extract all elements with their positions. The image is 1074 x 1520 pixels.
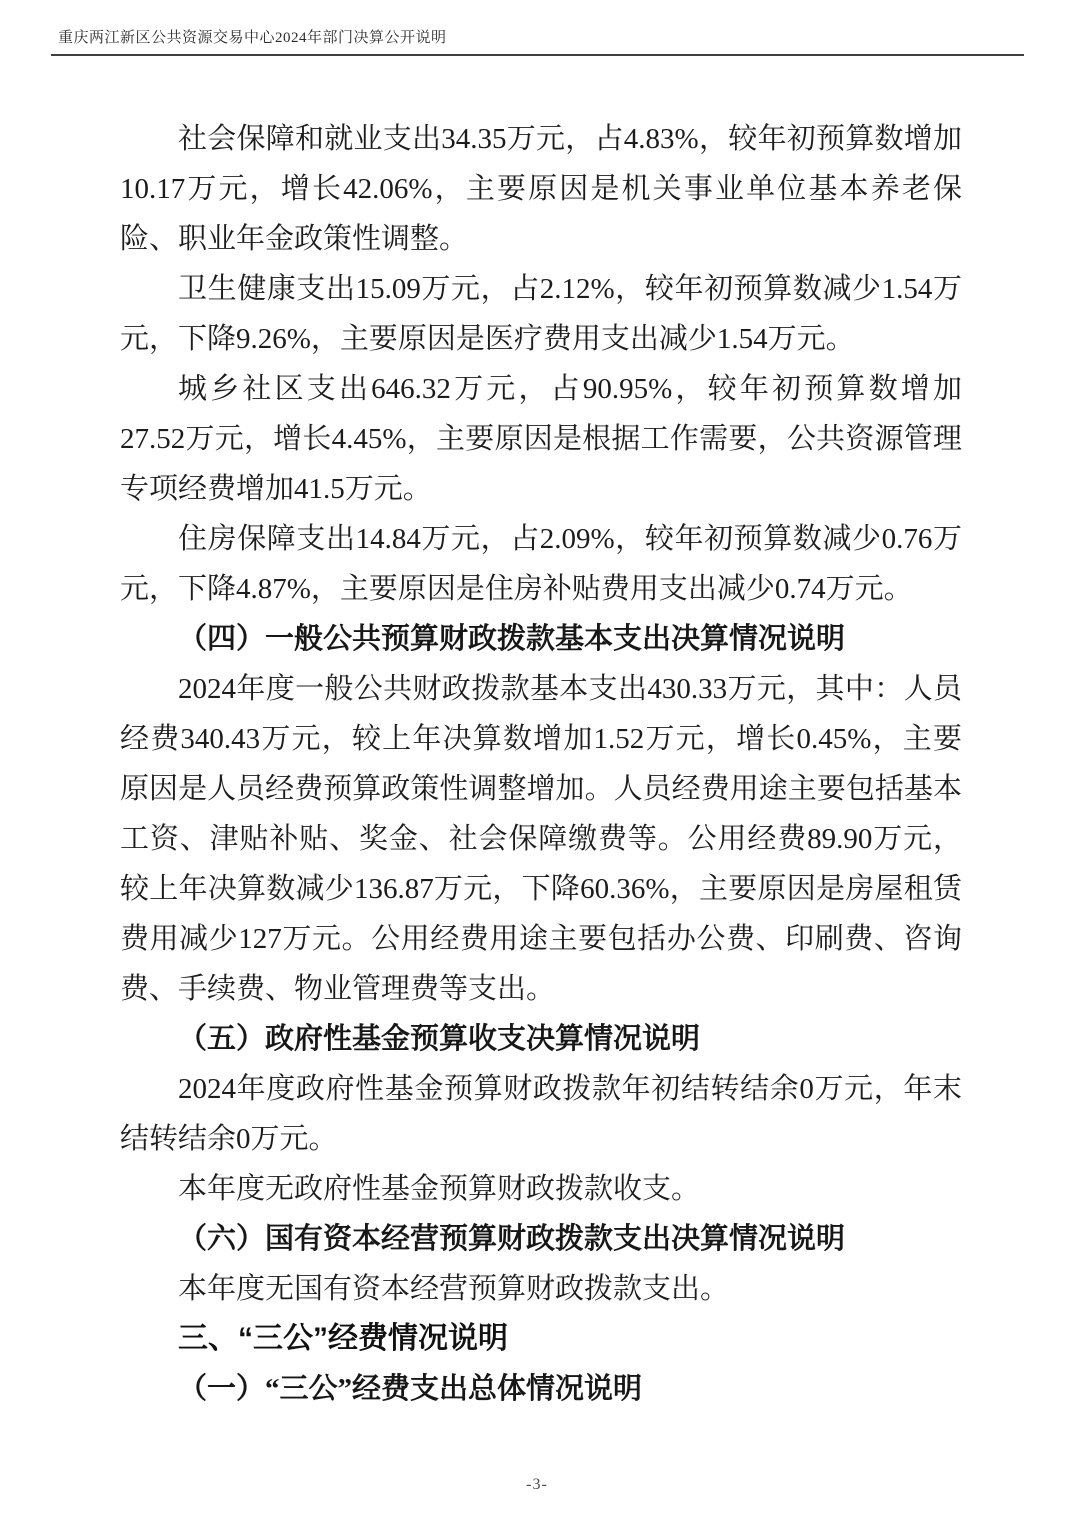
text-line: 专项经费增加41.5万元。 (120, 464, 962, 514)
text-line: 社会保障和就业支出34.35万元，占4.83%，较年初预算数增加 (120, 114, 962, 164)
page-footer: -3- (0, 1476, 1074, 1494)
text-line: 2024年度一般公共财政拨款基本支出430.33万元，其中：人员 (120, 664, 962, 714)
text-line: 2024年度政府性基金预算财政拨款年初结转结余0万元，年末 (120, 1064, 962, 1114)
text-line: 较上年决算数减少136.87万元，下降60.36%，主要原因是房屋租赁 (120, 864, 962, 914)
text-line: 三、“三公”经费情况说明 (120, 1314, 962, 1364)
text-line: （六）国有资本经营预算财政拨款支出决算情况说明 (120, 1214, 962, 1264)
page-number: -3- (526, 1476, 548, 1493)
text-line: 费、手续费、物业管理费等支出。 (120, 964, 962, 1014)
text-line: （四）一般公共预算财政拨款基本支出决算情况说明 (120, 614, 962, 664)
page-header: 重庆两江新区公共资源交易中心2024年部门决算公开说明 (51, 26, 1024, 56)
text-line: 卫生健康支出15.09万元，占2.12%，较年初预算数减少1.54万 (120, 264, 962, 314)
text-line: 险、职业年金政策性调整。 (120, 214, 962, 264)
text-line: 10.17万元，增长42.06%，主要原因是机关事业单位基本养老保 (120, 164, 962, 214)
text-line: 原因是人员经费预算政策性调整增加。人员经费用途主要包括基本 (120, 764, 962, 814)
text-line: 元，下降4.87%，主要原因是住房补贴费用支出减少0.74万元。 (120, 564, 962, 614)
header-title: 重庆两江新区公共资源交易中心2024年部门决算公开说明 (51, 26, 1024, 47)
text-line: 城乡社区支出646.32万元，占90.95%，较年初预算数增加 (120, 364, 962, 414)
text-line: 本年度无政府性基金预算财政拨款收支。 (120, 1164, 962, 1214)
text-line: 工资、津贴补贴、奖金、社会保障缴费等。公用经费89.90万元， (120, 814, 962, 864)
text-line: 住房保障支出14.84万元，占2.09%，较年初预算数减少0.76万 (120, 514, 962, 564)
text-line: 费用减少127万元。公用经费用途主要包括办公费、印刷费、咨询 (120, 914, 962, 964)
text-line: 结转结余0万元。 (120, 1114, 962, 1164)
text-line: 元，下降9.26%，主要原因是医疗费用支出减少1.54万元。 (120, 314, 962, 364)
text-line: 27.52万元，增长4.45%，主要原因是根据工作需要，公共资源管理 (120, 414, 962, 464)
text-line: 经费340.43万元，较上年决算数增加1.52万元，增长0.45%，主要 (120, 714, 962, 764)
text-line: （一）“三公”经费支出总体情况说明 (120, 1364, 962, 1414)
text-line: 本年度无国有资本经营预算财政拨款支出。 (120, 1264, 962, 1314)
document-body: 社会保障和就业支出34.35万元，占4.83%，较年初预算数增加10.17万元，… (120, 114, 962, 1414)
text-line: （五）政府性基金预算收支决算情况说明 (120, 1014, 962, 1064)
